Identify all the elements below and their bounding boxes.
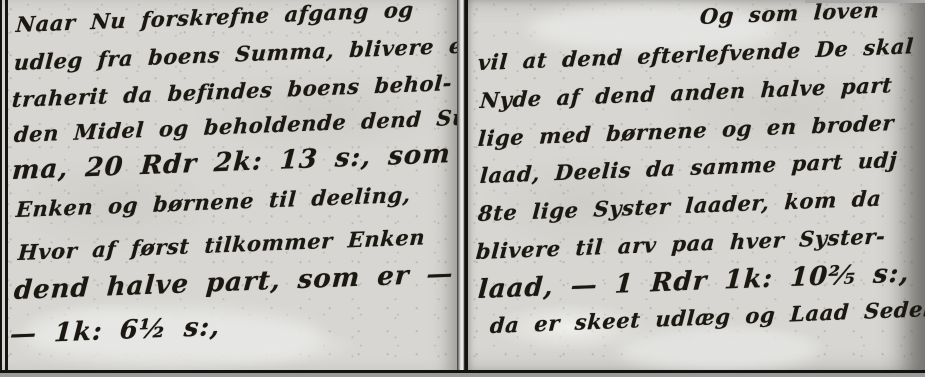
manuscript-line: traherit da befindes boens behol- (11, 70, 453, 112)
manuscript-line: Hvor af først tilkommer Enken (17, 224, 426, 265)
paper-stain (618, 330, 818, 370)
manuscript-line-amount: laad, — 1 Rdr 1k: 10⅖ s:, hvor (477, 255, 925, 305)
manuscript-line: Naar Nu forskrefne afgang og (15, 0, 414, 37)
manuscript-line: Nyde af dend anden halve part (479, 72, 893, 113)
manuscript-scan: Naar Nu forskrefne afgang og udleg fra b… (0, 0, 925, 377)
manuscript-line: Enken og børnene til deeling, (15, 182, 411, 222)
page-gutter-line (457, 0, 468, 373)
manuscript-page-left: Naar Nu forskrefne afgang og udleg fra b… (2, 0, 457, 372)
manuscript-page-right: Og som loven vil at dend efterlefvende D… (468, 0, 925, 372)
manuscript-line: Og som loven (699, 0, 880, 29)
scan-edge-topright (805, 0, 925, 3)
manuscript-line: laad, Deelis da samme part udj (479, 147, 898, 188)
scan-edge-bottom (0, 373, 925, 377)
manuscript-line: lige med børnene og en broder (477, 110, 895, 151)
manuscript-line: udleg fra boens Summa, blivere ex- (13, 32, 486, 75)
manuscript-line: blivere til arv paa hver Syster- (475, 223, 886, 264)
margin-rule-line (5, 0, 8, 372)
manuscript-line: 8te lige Syster laader, kom da (477, 185, 882, 226)
